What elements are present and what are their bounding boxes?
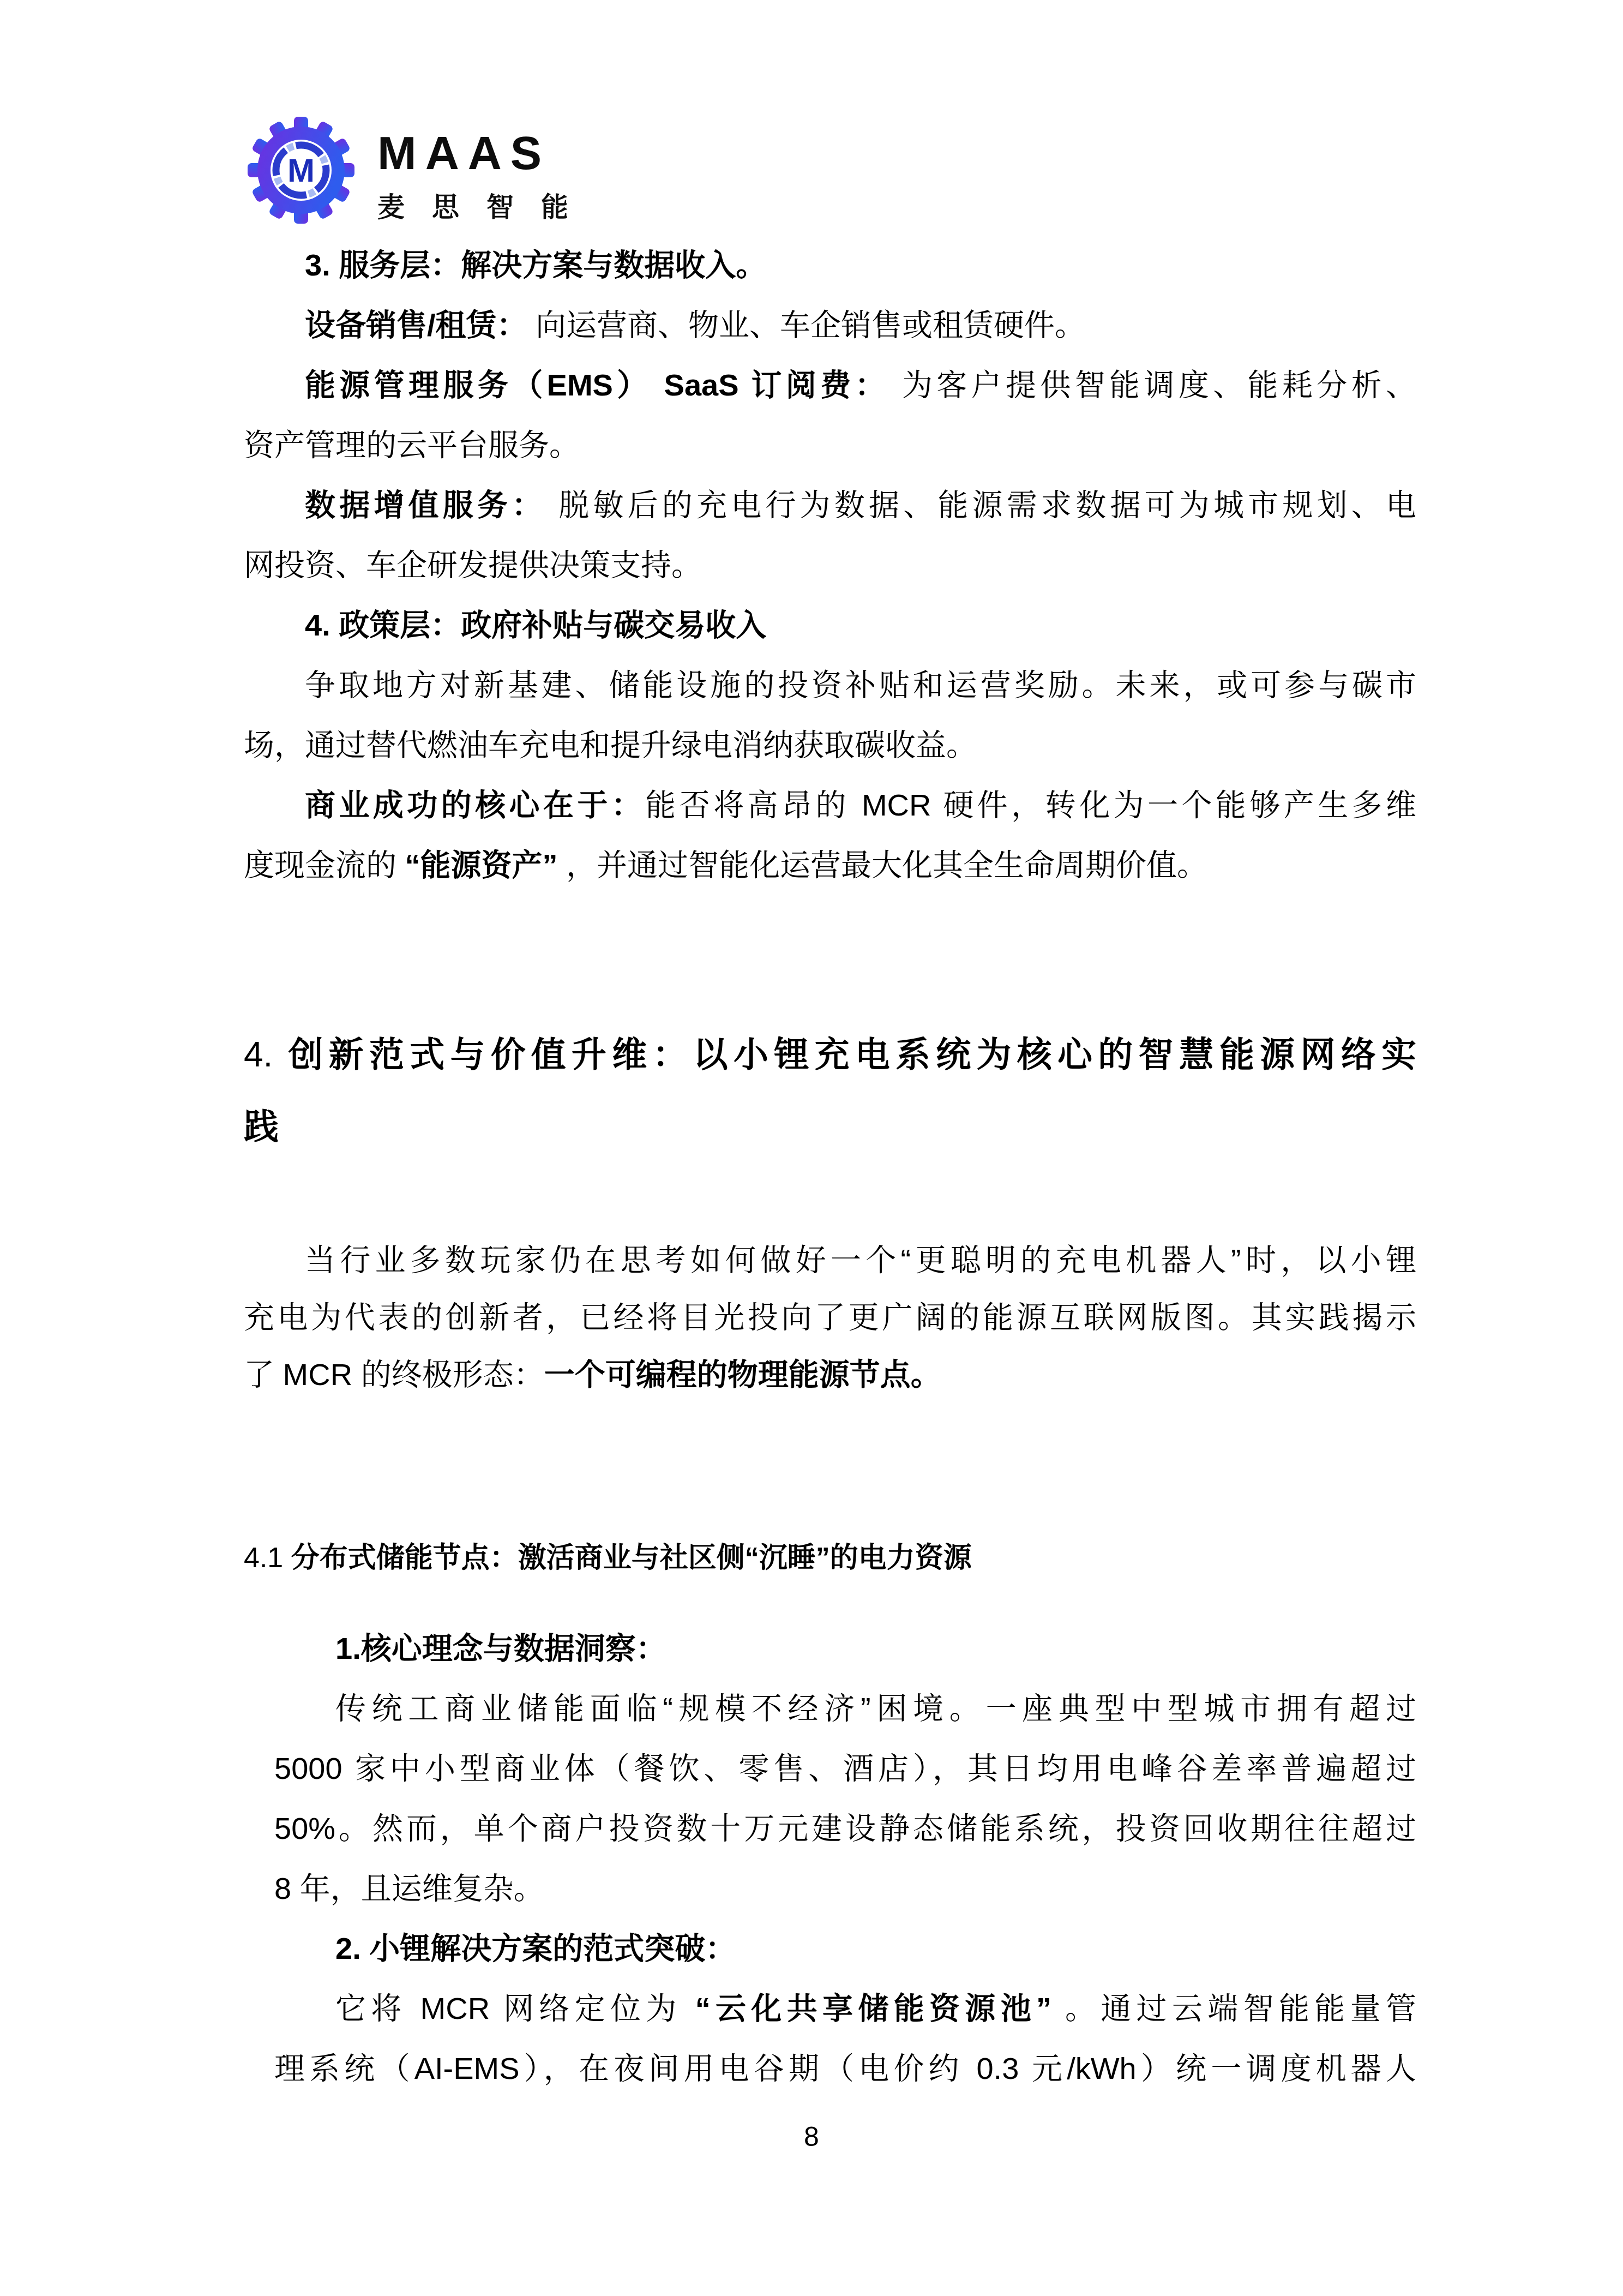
text-line: 践 xyxy=(244,1090,1416,1162)
bold-text: 能源管理服务（EMS） SaaS 订阅费： xyxy=(305,368,889,402)
page-number: 8 xyxy=(0,2121,1623,2153)
bold-text: 分布式储能节点：激活商业与社区侧“沉睡”的电力资源 xyxy=(291,1542,972,1574)
logo-text: MAAS 麦思智能 xyxy=(377,116,596,225)
body-text: 5000 家中小型商业体（餐饮、零售、酒店），其日均用电峰谷差率普遍超过 xyxy=(274,1751,1416,1785)
bold-text: 践 xyxy=(244,1107,279,1146)
bold-text: 3. 服务层：解决方案与数据收入。 xyxy=(305,248,766,282)
bold-text: 1.核心理念与数据洞察： xyxy=(335,1631,666,1665)
text-line: 网投资、车企研发提供决策支持。 xyxy=(244,535,1416,595)
section-4-heading: 4. 创新范式与价值升维：以小锂充电系统为核心的智慧能源网络实践 xyxy=(244,1018,1416,1162)
text-line: 争取地方对新基建、储能设施的投资补贴和运营奖励。未来，或可参与碳市 xyxy=(244,655,1416,715)
logo-monogram: M xyxy=(287,152,315,189)
body-text: 当行业多数玩家仍在思考如何做好一个“更聪明的充电机器人”时，以小锂 xyxy=(305,1243,1416,1277)
body-text: 4. xyxy=(244,1035,288,1074)
text-line: 充电为代表的创新者，已经将目光投向了更广阔的能源互联网版图。其实践揭示 xyxy=(244,1288,1416,1346)
body-text: 争取地方对新基建、储能设施的投资补贴和运营奖励。未来，或可参与碳市 xyxy=(305,668,1416,702)
body-text: 网投资、车企研发提供决策支持。 xyxy=(244,548,702,582)
body-text: 传统工商业储能面临“规模不经济”困境。一座典型中型城市拥有超过 xyxy=(335,1691,1416,1725)
body-text: ，并通过智能化运营最大化其全生命周期价值。 xyxy=(558,848,1208,882)
section-4-intro: 当行业多数玩家仍在思考如何做好一个“更聪明的充电机器人”时，以小锂充电为代表的创… xyxy=(244,1231,1416,1403)
text-line: 它将 MCR 网络定位为 “云化共享储能资源池” 。通过云端智能能量管 xyxy=(274,1979,1416,2039)
body-text: 资产管理的云平台服务。 xyxy=(244,428,580,462)
body-text: 充电为代表的创新者，已经将目光投向了更广阔的能源互联网版图。其实践揭示 xyxy=(244,1300,1416,1334)
text-line: 2. 小锂解决方案的范式突破： xyxy=(274,1919,1416,1979)
text-line: 了 MCR 的终极形态：一个可编程的物理能源节点。 xyxy=(244,1346,1416,1403)
section-4-1-body: 1.核心理念与数据洞察：传统工商业储能面临“规模不经济”困境。一座典型中型城市拥… xyxy=(274,1618,1416,2099)
bold-text: “能源资产” xyxy=(405,848,558,882)
body-text: 8 年，且运维复杂。 xyxy=(274,1871,544,1905)
brand-subtitle: 麦思智能 xyxy=(377,185,596,225)
body-text: 理系统（AI-EMS），在夜间用电谷期（电价约 0.3 元/kWh）统一调度机器… xyxy=(274,2051,1416,2085)
body-text: 50%。然而，单个商户投资数十万元建设静态储能系统，投资回收期往往超过 xyxy=(274,1811,1416,1845)
body-text: 它将 MCR 网络定位为 xyxy=(335,1991,695,2025)
text-line: 能源管理服务（EMS） SaaS 订阅费： 为客户提供智能调度、能耗分析、 xyxy=(244,355,1416,415)
body-text: 4.1 xyxy=(244,1542,291,1574)
text-line: 4. 创新范式与价值升维：以小锂充电系统为核心的智慧能源网络实 xyxy=(244,1018,1416,1090)
text-line: 传统工商业储能面临“规模不经济”困境。一座典型中型城市拥有超过 xyxy=(274,1678,1416,1739)
section-4-1-heading: 4.1 分布式储能节点：激活商业与社区侧“沉睡”的电力资源 xyxy=(244,1536,1416,1580)
bold-text: “云化共享储能资源池” xyxy=(695,1991,1051,2025)
bold-text: 商业成功的核心在于： xyxy=(305,788,645,822)
text-line: 1.核心理念与数据洞察： xyxy=(274,1618,1416,1678)
body-text: 。通过云端智能能量管 xyxy=(1051,1991,1416,2025)
text-line: 当行业多数玩家仍在思考如何做好一个“更聪明的充电机器人”时，以小锂 xyxy=(244,1231,1416,1288)
text-line: 5000 家中小型商业体（餐饮、零售、酒店），其日均用电峰谷差率普遍超过 xyxy=(274,1739,1416,1799)
body-text: 度现金流的 xyxy=(244,848,405,882)
bold-text: 4. 政策层：政府补贴与碳交易收入 xyxy=(305,608,766,642)
body-text: 为客户提供智能调度、能耗分析、 xyxy=(889,368,1416,402)
body-text: 向运营商、物业、车企销售或租赁硬件。 xyxy=(527,308,1086,342)
text-line: 8 年，且运维复杂。 xyxy=(274,1859,1416,1919)
bold-text: 设备销售/租赁： xyxy=(305,308,527,342)
gear-logo-icon: M xyxy=(247,116,356,225)
revenue-section: 3. 服务层：解决方案与数据收入。设备销售/租赁： 向运营商、物业、车企销售或租… xyxy=(244,235,1416,895)
text-line: 数据增值服务： 脱敏后的充电行为数据、能源需求数据可为城市规划、电 xyxy=(244,475,1416,535)
bold-text: 创新范式与价值升维：以小锂充电系统为核心的智慧能源网络实 xyxy=(288,1035,1416,1074)
body-text: 了 MCR 的终极形态： xyxy=(244,1357,544,1392)
text-line: 50%。然而，单个商户投资数十万元建设静态储能系统，投资回收期往往超过 xyxy=(274,1799,1416,1859)
text-line: 商业成功的核心在于：能否将高昂的 MCR 硬件，转化为一个能够产生多维 xyxy=(244,775,1416,835)
brand-name: MAAS xyxy=(377,130,596,177)
text-line: 4.1 分布式储能节点：激活商业与社区侧“沉睡”的电力资源 xyxy=(244,1536,1416,1580)
text-line: 设备销售/租赁： 向运营商、物业、车企销售或租赁硬件。 xyxy=(244,295,1416,355)
bold-text: 一个可编程的物理能源节点。 xyxy=(544,1357,941,1392)
document-page: M MAAS 麦思智能 3. 服务层：解决方案与数据收入。设备销售/租赁： 向运… xyxy=(0,0,1623,2296)
text-line: 理系统（AI-EMS），在夜间用电谷期（电价约 0.3 元/kWh）统一调度机器… xyxy=(274,2039,1416,2099)
text-line: 3. 服务层：解决方案与数据收入。 xyxy=(244,235,1416,295)
text-line: 资产管理的云平台服务。 xyxy=(244,415,1416,475)
body-text: 脱敏后的充电行为数据、能源需求数据可为城市规划、电 xyxy=(546,488,1416,522)
text-line: 度现金流的 “能源资产” ，并通过智能化运营最大化其全生命周期价值。 xyxy=(244,835,1416,895)
body-text: 场，通过替代燃油车充电和提升绿电消纳获取碳收益。 xyxy=(244,728,977,762)
bold-text: 数据增值服务： xyxy=(305,488,546,522)
text-line: 4. 政策层：政府补贴与碳交易收入 xyxy=(244,595,1416,655)
brand-logo: M MAAS 麦思智能 xyxy=(247,116,596,225)
text-line: 场，通过替代燃油车充电和提升绿电消纳获取碳收益。 xyxy=(244,715,1416,775)
bold-text: 2. 小锂解决方案的范式突破： xyxy=(335,1931,736,1965)
body-text: 能否将高昂的 MCR 硬件，转化为一个能够产生多维 xyxy=(645,788,1416,822)
